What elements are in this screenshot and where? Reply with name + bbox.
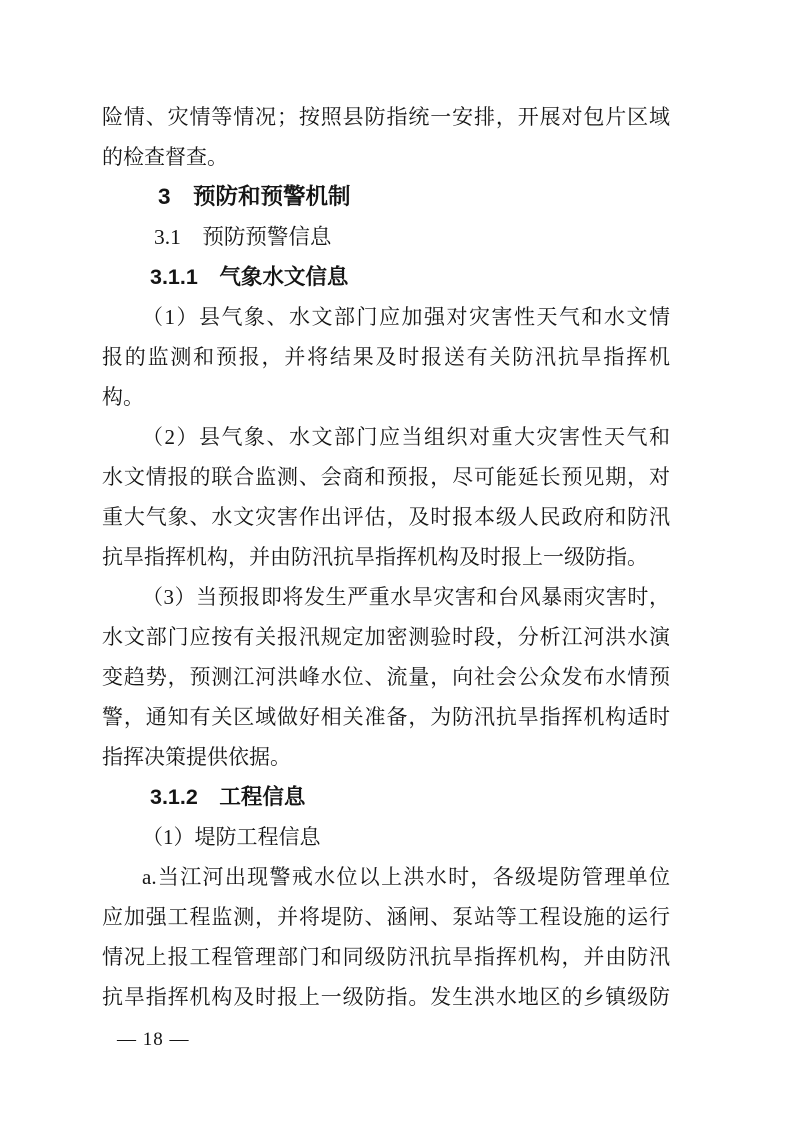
heading-section-3: 3 预防和预警机制 bbox=[102, 177, 670, 217]
body-line: 指挥决策提供依据。 bbox=[102, 737, 670, 777]
heading-section-3-1-2: 3.1.2 工程信息 bbox=[102, 777, 670, 817]
body-line: 的检查督查。 bbox=[102, 137, 670, 177]
body-line: 水文情报的联合监测、会商和预报，尽可能延长预见期，对 bbox=[102, 457, 670, 497]
body-line: 构。 bbox=[102, 377, 670, 417]
page-number: — 18 — bbox=[117, 1030, 190, 1050]
body-line: 报的监测和预报，并将结果及时报送有关防汛抗旱指挥机 bbox=[102, 337, 670, 377]
body-line: 变趋势，预测江河洪峰水位、流量，向社会公众发布水情预 bbox=[102, 657, 670, 697]
document-page: 险情、灾情等情况；按照县防指统一安排，开展对包片区域 的检查督查。 3 预防和预… bbox=[0, 0, 793, 1122]
heading-section-3-1-1: 3.1.1 气象水文信息 bbox=[102, 257, 670, 297]
body-line: （3）当预报即将发生严重水旱灾害和台风暴雨灾害时， bbox=[102, 577, 670, 617]
body-line: 重大气象、水文灾害作出评估，及时报本级人民政府和防汛 bbox=[102, 497, 670, 537]
body-line: 警，通知有关区域做好相关准备，为防汛抗旱指挥机构适时 bbox=[102, 697, 670, 737]
body-line: 险情、灾情等情况；按照县防指统一安排，开展对包片区域 bbox=[102, 97, 670, 137]
document-body: 险情、灾情等情况；按照县防指统一安排，开展对包片区域 的检查督查。 3 预防和预… bbox=[102, 97, 670, 1017]
body-line: 情况上报工程管理部门和同级防汛抗旱指挥机构，并由防汛 bbox=[102, 937, 670, 977]
body-line: 抗旱指挥机构，并由防汛抗旱指挥机构及时报上一级防指。 bbox=[102, 537, 670, 577]
body-line: （1）堤防工程信息 bbox=[102, 817, 670, 857]
body-line: （1）县气象、水文部门应加强对灾害性天气和水文情 bbox=[102, 297, 670, 337]
body-line: （2）县气象、水文部门应当组织对重大灾害性天气和 bbox=[102, 417, 670, 457]
body-line: 抗旱指挥机构及时报上一级防指。发生洪水地区的乡镇级防 bbox=[102, 977, 670, 1017]
body-line: 应加强工程监测，并将堤防、涵闸、泵站等工程设施的运行 bbox=[102, 897, 670, 937]
heading-section-3-1: 3.1 预防预警信息 bbox=[102, 217, 670, 257]
body-line: a.当江河出现警戒水位以上洪水时，各级堤防管理单位 bbox=[102, 857, 670, 897]
body-line: 水文部门应按有关报汛规定加密测验时段，分析江河洪水演 bbox=[102, 617, 670, 657]
